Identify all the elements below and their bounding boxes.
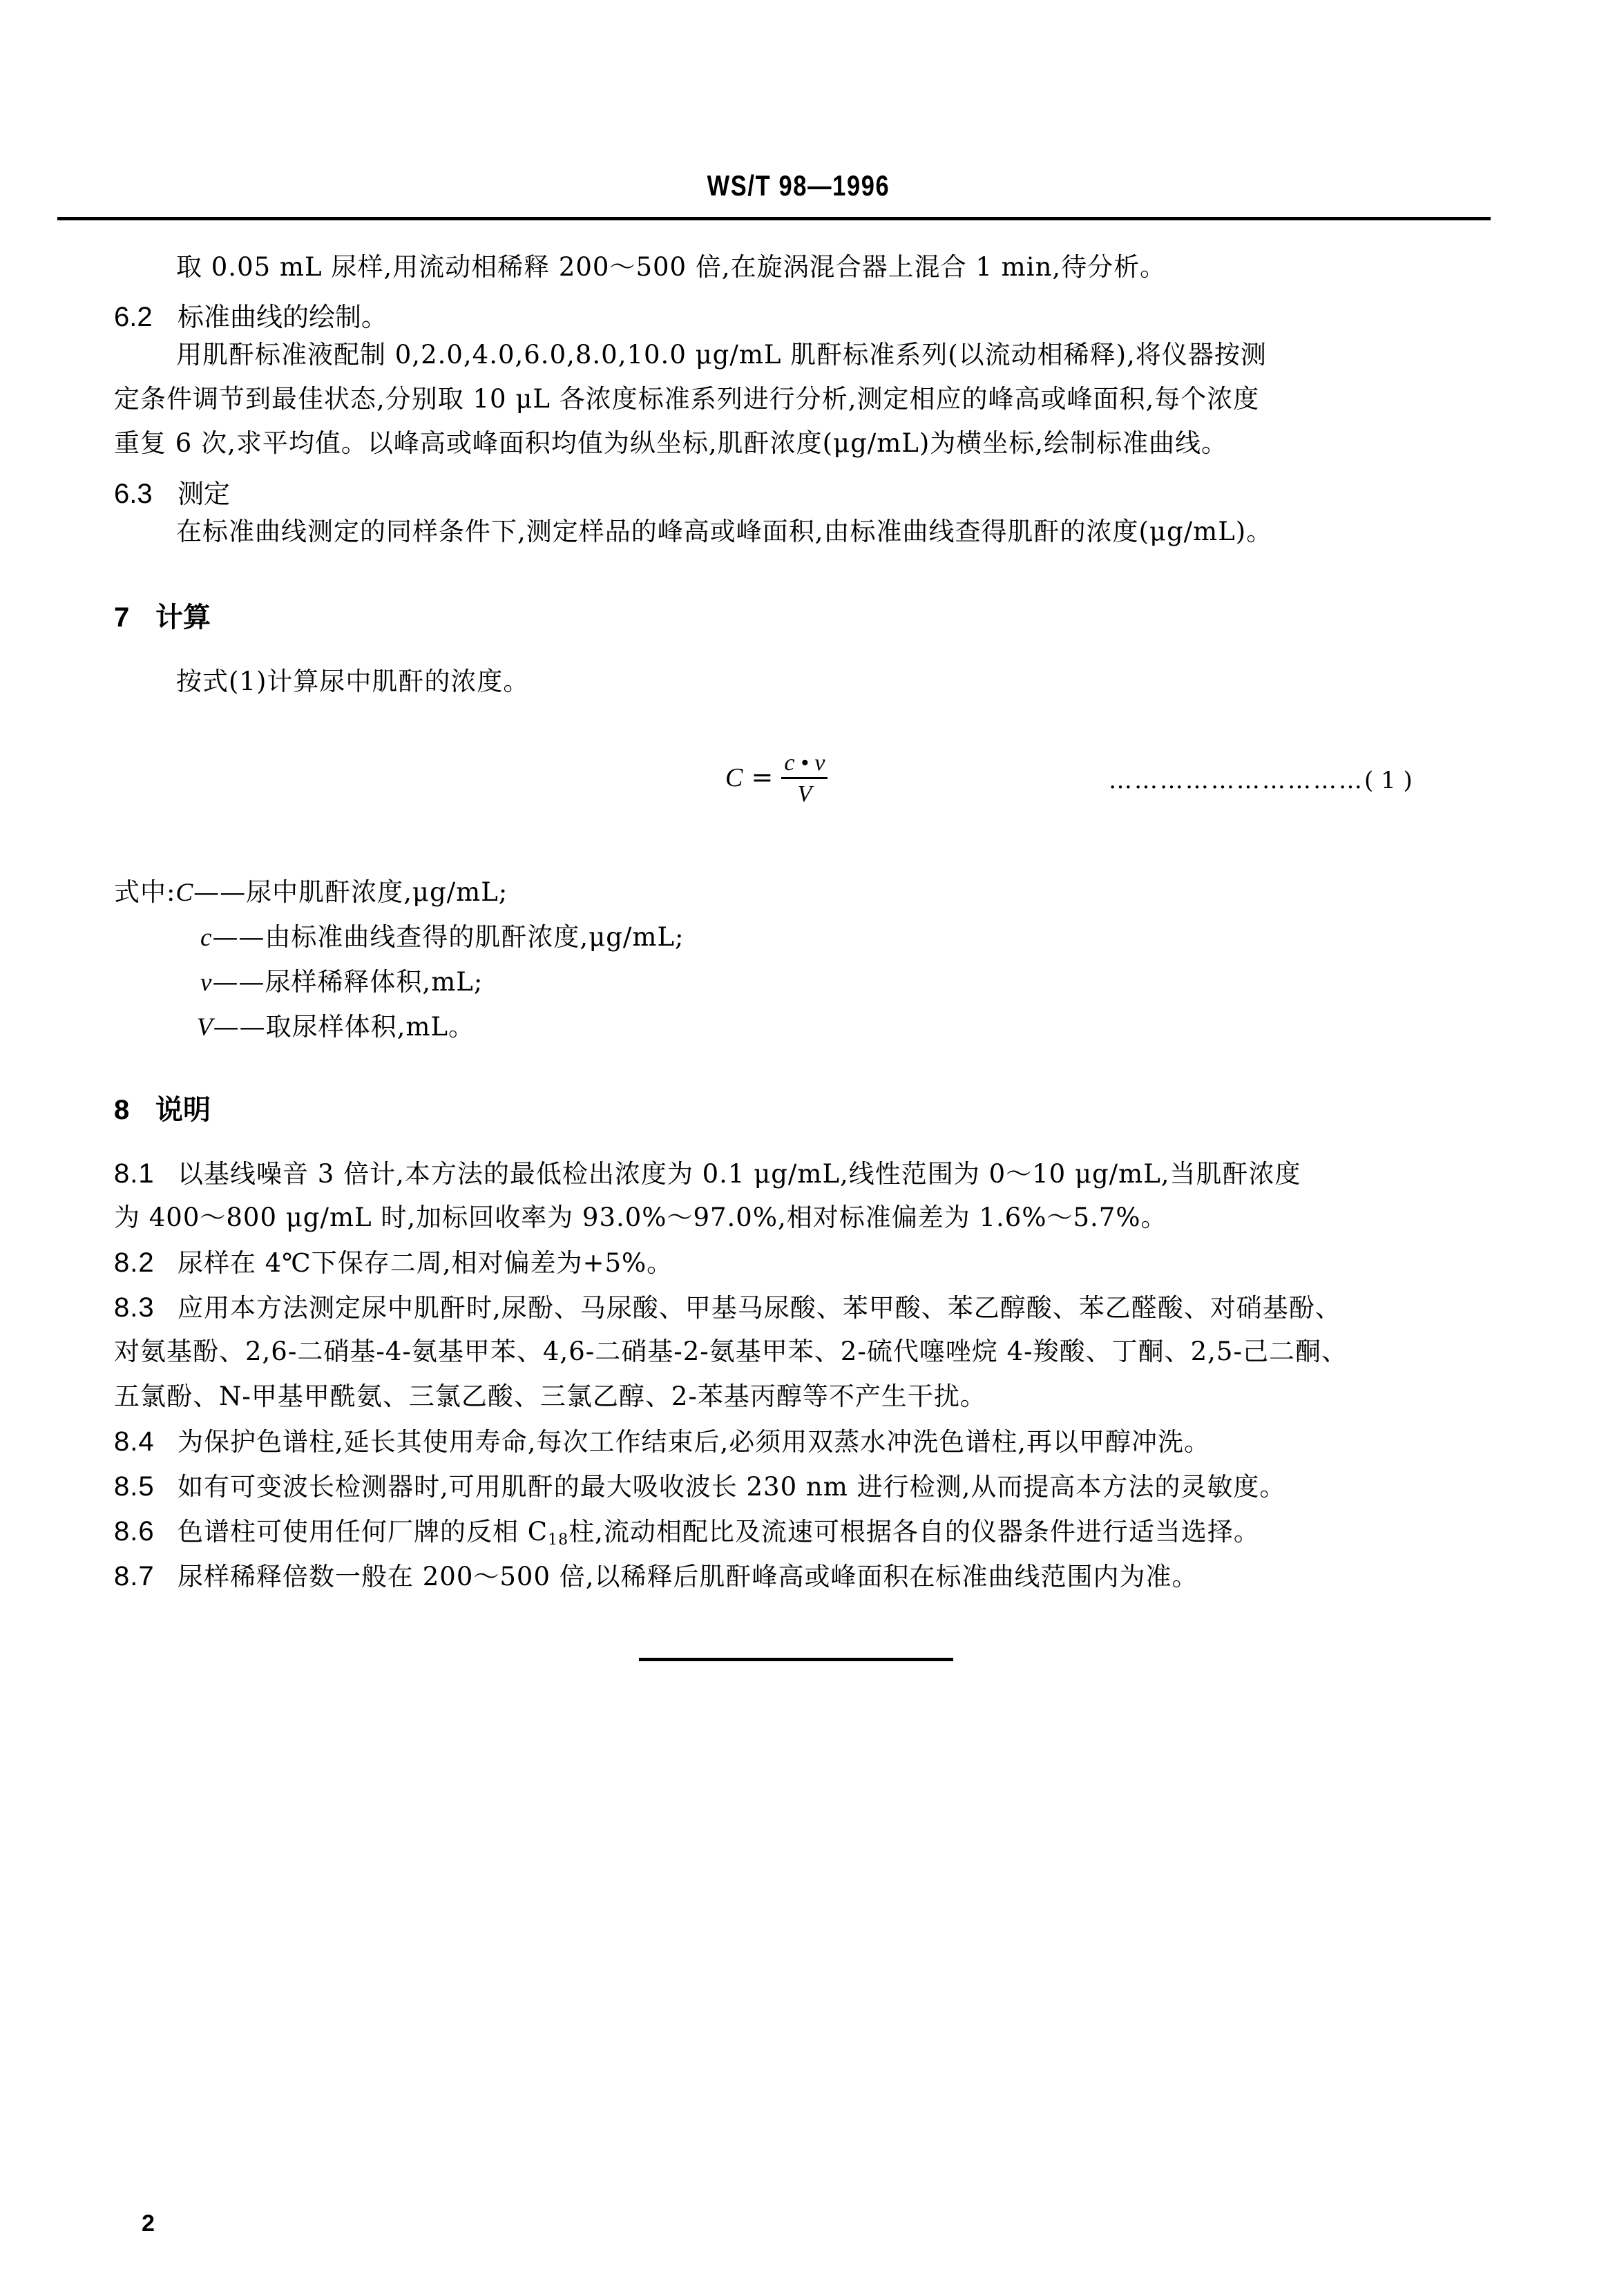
item-number: 8.6 bbox=[114, 1516, 178, 1547]
page-number: 2 bbox=[142, 2210, 155, 2237]
section-title: 标准曲线的绘制。 bbox=[178, 303, 388, 332]
formula-leader-dots: ………………………… bbox=[1109, 767, 1364, 794]
section-8-heading: 8说明 bbox=[114, 1088, 211, 1127]
s6-3-line: 在标准曲线测定的同样条件下,测定样品的峰高或峰面积,由标准曲线查得肌酐的浓度(μ… bbox=[176, 517, 1272, 547]
formula-numerator: c • v bbox=[781, 749, 828, 779]
section-number: 6.3 bbox=[114, 479, 178, 510]
formula: C = c • v V bbox=[725, 749, 828, 810]
item-8-1-line-2: 为 400～800 μg/mL 时,加标回收率为 93.0%～97.0%,相对标… bbox=[114, 1203, 1167, 1233]
c18-subscript: 18 bbox=[548, 1531, 568, 1549]
section-title: 测定 bbox=[178, 480, 230, 509]
where-prefix: 式中: bbox=[114, 877, 175, 907]
item-number: 8.3 bbox=[114, 1292, 178, 1323]
s6-2-line-2: 定条件调节到最佳状态,分别取 10 μL 各浓度标准系列进行分析,测定相应的峰高… bbox=[114, 384, 1259, 414]
standard-code-header: WS/T 98—1996 bbox=[144, 169, 1453, 202]
where-var-V: V——取尿样体积,mL。 bbox=[197, 1012, 475, 1043]
var-desc: ——取尿样体积,mL。 bbox=[213, 1012, 475, 1042]
item-8-3-line-3: 五氯酚、N-甲基甲酰氨、三氯乙酸、三氯乙醇、2-苯基丙醇等不产生干扰。 bbox=[114, 1381, 986, 1412]
formula-equals: = bbox=[751, 762, 773, 792]
var-symbol: V bbox=[197, 1013, 213, 1042]
item-number: 8.5 bbox=[114, 1471, 178, 1502]
sample-prep-paragraph: 取 0.05 mL 尿样,用流动相稀释 200～500 倍,在旋涡混合器上混合 … bbox=[176, 252, 1166, 283]
var-desc: ——尿中肌酐浓度,μg/mL; bbox=[193, 877, 508, 907]
formula-lhs: C bbox=[725, 763, 743, 792]
s6-2-line-3: 重复 6 次,求平均值。以峰高或峰面积均值为纵坐标,肌酐浓度(μg/mL)为横坐… bbox=[114, 428, 1227, 459]
formula-denominator: V bbox=[781, 779, 828, 810]
item-number: 8.7 bbox=[114, 1561, 178, 1591]
formula-fraction: c • v V bbox=[781, 749, 828, 810]
item-8-3-line-1: 8.3应用本方法测定尿中肌酐时,尿酚、马尿酸、甲基马尿酸、苯甲酸、苯乙醇酸、苯乙… bbox=[114, 1292, 1341, 1323]
item-8-6: 8.6色谱柱可使用任何厂牌的反相 C18柱,流动相配比及流速可根据各自的仪器条件… bbox=[114, 1516, 1260, 1556]
section-title: 说明 bbox=[155, 1095, 211, 1125]
section-number: 8 bbox=[114, 1095, 155, 1126]
section-title: 计算 bbox=[155, 602, 211, 633]
item-text: 以基线噪音 3 倍计,本方法的最低检出浓度为 0.1 μg/mL,线性范围为 0… bbox=[178, 1159, 1301, 1189]
item-text: 为保护色谱柱,延长其使用寿命,每次工作结束后,必须用双蒸水冲洗色谱柱,再以甲醇冲… bbox=[178, 1427, 1210, 1457]
item-text: 尿样在 4℃下保存二周,相对偏差为+5%。 bbox=[178, 1248, 673, 1278]
s6-2-line-1: 用肌酐标准液配制 0,2.0,4.0,6.0,8.0,10.0 μg/mL 肌酐… bbox=[176, 340, 1267, 370]
section-number: 7 bbox=[114, 602, 155, 633]
item-8-3-line-2: 对氨基酚、2,6-二硝基-4-氨基甲苯、4,6-二硝基-2-氨基甲苯、2-硫代噻… bbox=[114, 1337, 1348, 1367]
item-8-4: 8.4为保护色谱柱,延长其使用寿命,每次工作结束后,必须用双蒸水冲洗色谱柱,再以… bbox=[114, 1426, 1210, 1457]
equation-number-line: …………………………( 1 ) bbox=[1109, 767, 1413, 794]
item-8-7: 8.7尿样稀释倍数一般在 200～500 倍,以稀释后肌酐峰高或峰面积在标准曲线… bbox=[114, 1561, 1198, 1592]
section-number: 6.2 bbox=[114, 302, 178, 333]
item-number: 8.1 bbox=[114, 1158, 178, 1189]
item-text: 应用本方法测定尿中肌酐时,尿酚、马尿酸、甲基马尿酸、苯甲酸、苯乙醇酸、苯乙醛酸、… bbox=[178, 1293, 1341, 1323]
where-var-C: 式中:C——尿中肌酐浓度,μg/mL; bbox=[114, 877, 508, 908]
section-7-heading: 7计算 bbox=[114, 595, 211, 635]
var-symbol: c bbox=[200, 924, 212, 952]
item-8-5: 8.5如有可变波长检测器时,可用肌酐的最大吸收波长 230 nm 进行检测,从而… bbox=[114, 1471, 1285, 1502]
equation-number: ( 1 ) bbox=[1364, 767, 1413, 794]
item-8-1-line-1: 8.1以基线噪音 3 倍计,本方法的最低检出浓度为 0.1 μg/mL,线性范围… bbox=[114, 1158, 1301, 1189]
var-symbol: v bbox=[200, 968, 212, 997]
var-desc: ——尿样稀释体积,mL; bbox=[212, 967, 483, 997]
item-number: 8.2 bbox=[114, 1247, 178, 1278]
s7-intro: 按式(1)计算尿中肌酐的浓度。 bbox=[176, 667, 529, 697]
end-of-document-rule bbox=[639, 1658, 953, 1661]
item-text: 尿样稀释倍数一般在 200～500 倍,以稀释后肌酐峰高或峰面积在标准曲线范围内… bbox=[178, 1562, 1198, 1591]
section-6-2-heading: 6.2标准曲线的绘制。 bbox=[114, 296, 388, 334]
item-text-post: 柱,流动相配比及流速可根据各自的仪器条件进行适当选择。 bbox=[568, 1517, 1260, 1547]
item-number: 8.4 bbox=[114, 1426, 178, 1457]
item-text: 如有可变波长检测器时,可用肌酐的最大吸收波长 230 nm 进行检测,从而提高本… bbox=[178, 1472, 1285, 1502]
var-symbol: C bbox=[175, 879, 193, 907]
section-6-3-heading: 6.3测定 bbox=[114, 472, 230, 510]
header-rule bbox=[57, 217, 1491, 220]
var-desc: ——由标准曲线查得的肌酐浓度,μg/mL; bbox=[212, 922, 684, 952]
where-var-v: v——尿样稀释体积,mL; bbox=[200, 967, 483, 998]
item-8-2: 8.2尿样在 4℃下保存二周,相对偏差为+5%。 bbox=[114, 1247, 673, 1279]
where-var-c: c——由标准曲线查得的肌酐浓度,μg/mL; bbox=[200, 922, 685, 953]
item-text-pre: 色谱柱可使用任何厂牌的反相 C bbox=[178, 1517, 548, 1547]
